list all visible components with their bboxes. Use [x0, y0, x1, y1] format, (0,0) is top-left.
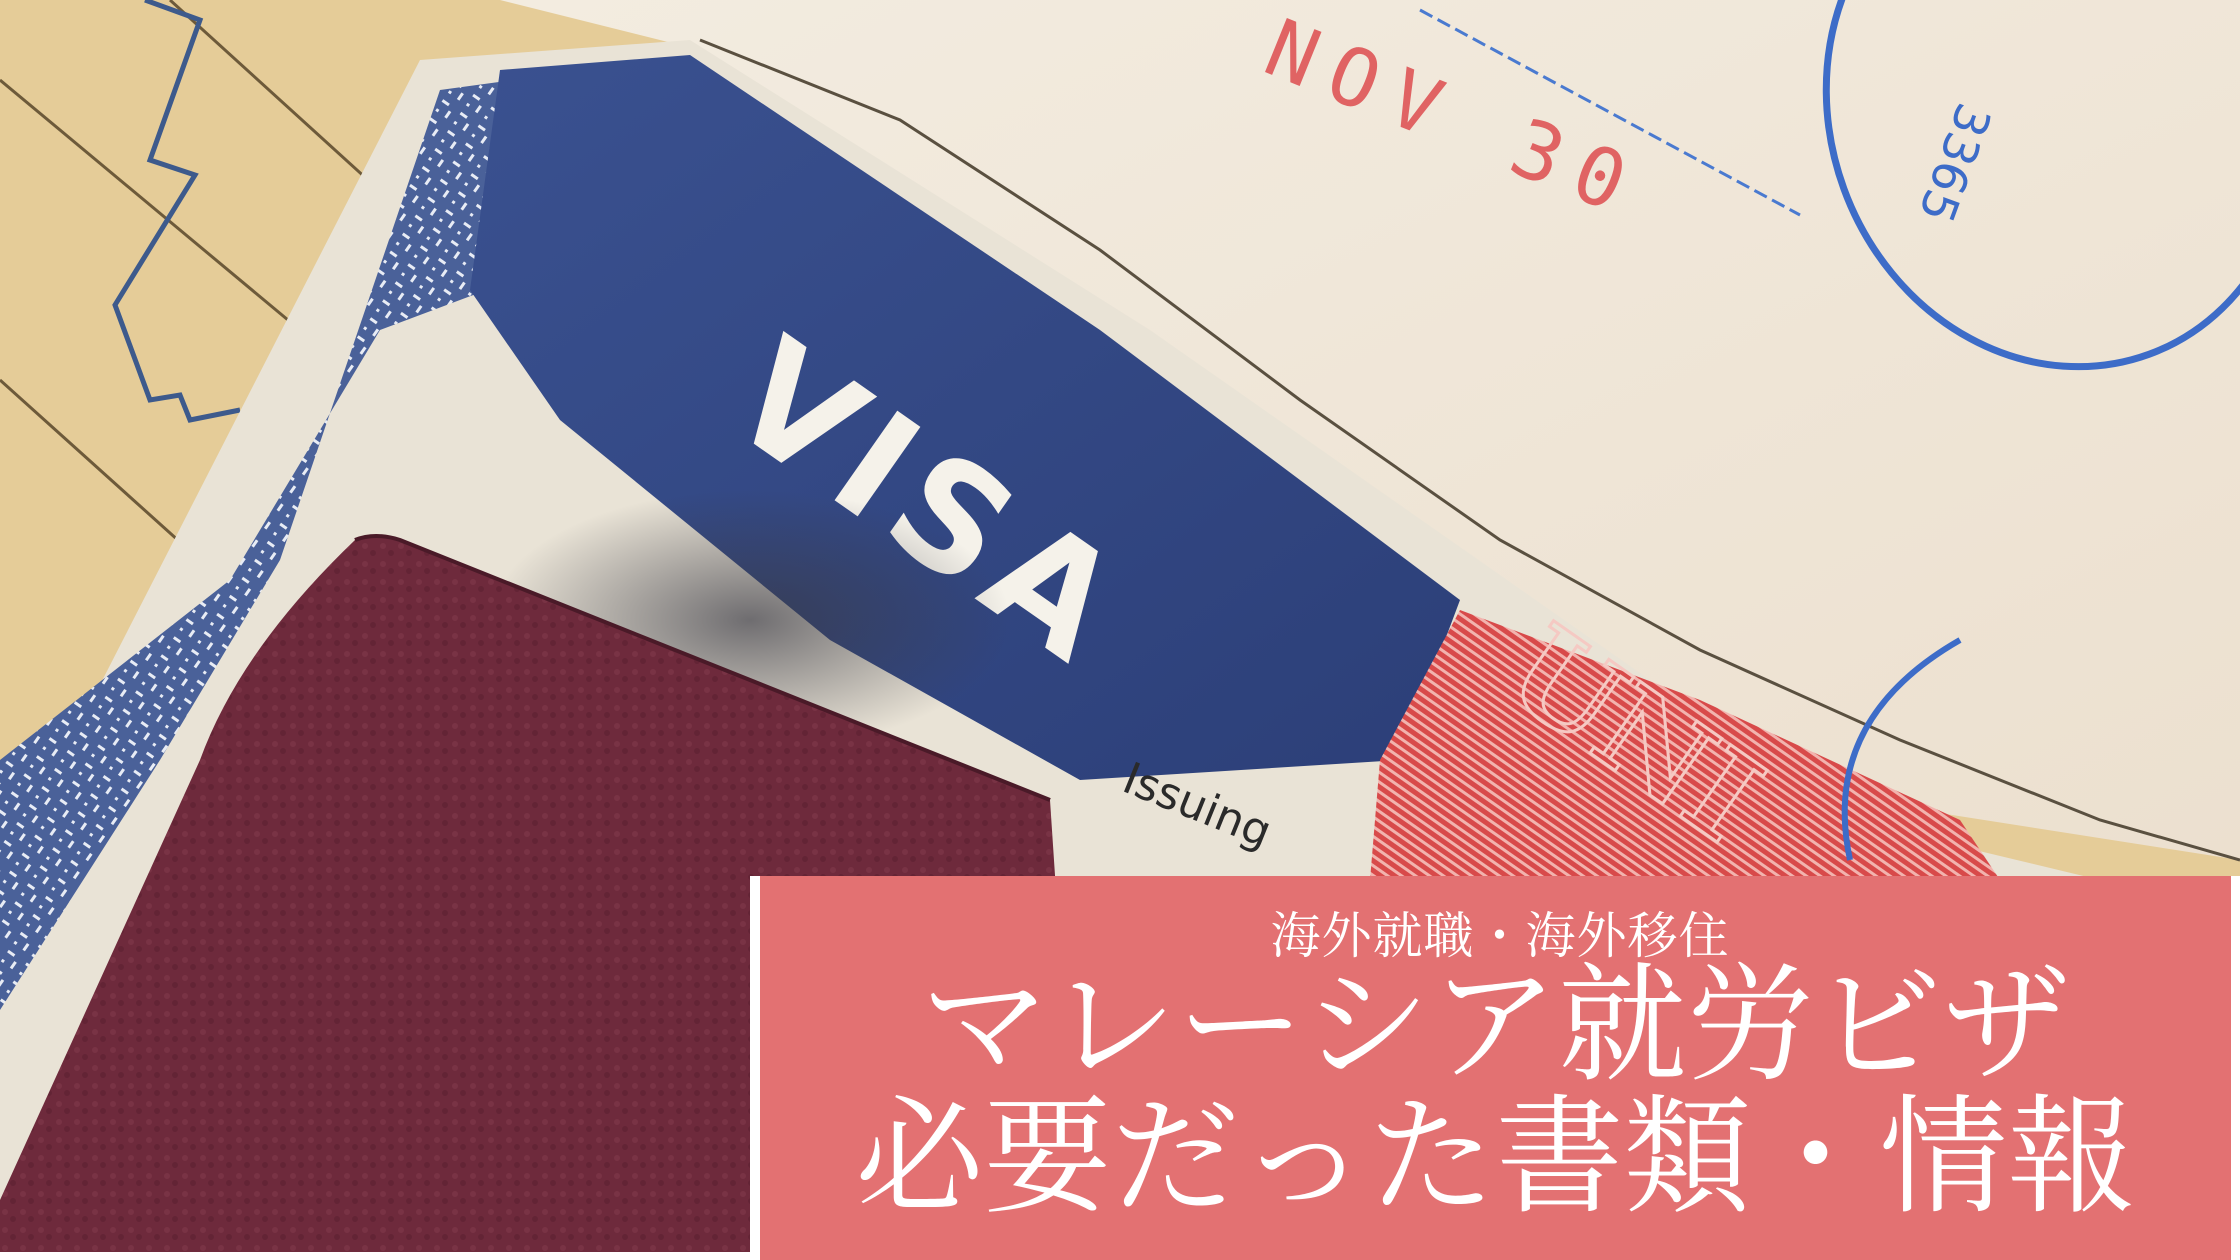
banner-title-line2: 必要だった書類・情報: [760, 1094, 2231, 1222]
banner-title-line1: マレーシア就労ビザ: [760, 962, 2231, 1090]
